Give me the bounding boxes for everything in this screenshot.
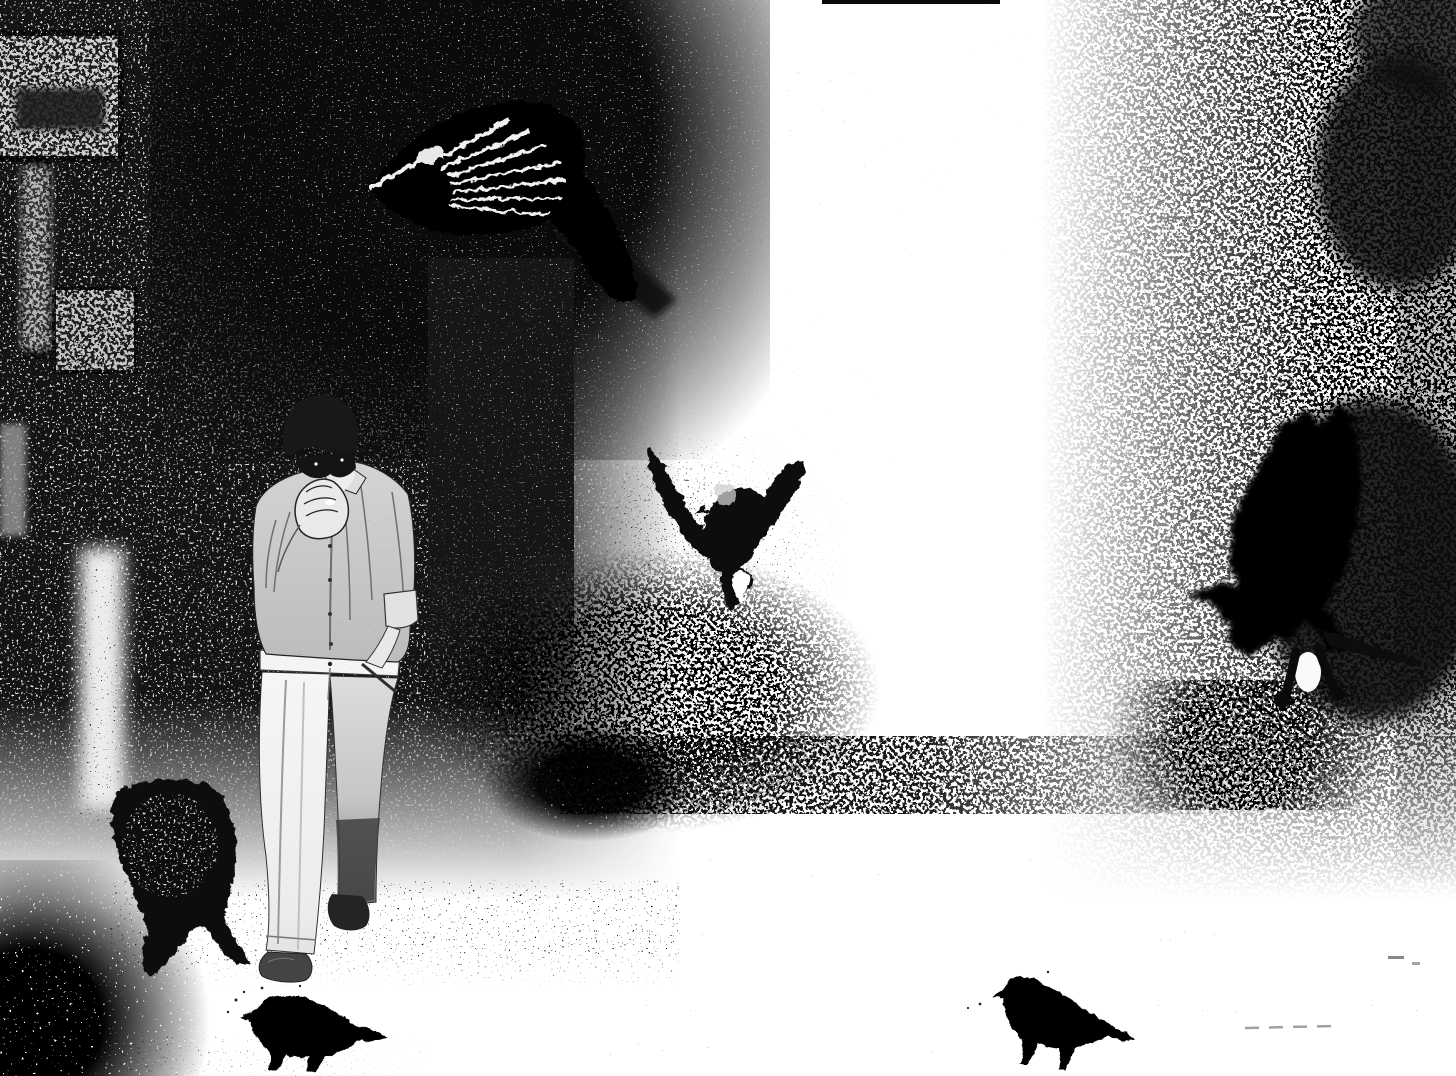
takeoff-bird-foot-right xyxy=(1331,687,1345,701)
film-scratch-line xyxy=(822,0,1000,4)
building-lower-grain xyxy=(56,290,134,370)
rear-leg-shadow xyxy=(336,818,380,904)
knuckle-highlight xyxy=(325,499,335,505)
pavement-row-3 xyxy=(330,1002,1456,1016)
flapping-pigeon xyxy=(565,432,804,617)
pavement-mark-1 xyxy=(1388,956,1404,959)
raised-hand xyxy=(295,479,348,539)
manga-panel: Black-and-white screentone manga street … xyxy=(0,0,1456,1076)
pigeon-head-highlight xyxy=(716,482,736,506)
bottom-left-band xyxy=(0,1038,430,1076)
building-window-shadow xyxy=(16,88,104,130)
right-grain-foot xyxy=(1100,680,1390,810)
waist-button xyxy=(328,662,332,666)
sunglasses-glint-right xyxy=(340,458,343,461)
building-streak-grain xyxy=(22,166,50,350)
takeoff-bird-foot-left xyxy=(1274,692,1290,708)
pavement-mark-2 xyxy=(1412,962,1420,965)
scene-canvas: Black-and-white screentone manga street … xyxy=(0,0,1456,1076)
left-edge-highlight xyxy=(0,424,26,536)
rolled-sleeve-cuff xyxy=(384,590,418,628)
sunglasses-glint-left xyxy=(314,462,317,465)
dust-sparse-top xyxy=(690,5,1035,245)
rear-shoe xyxy=(328,894,370,931)
lamp-post-grain xyxy=(80,548,124,810)
right-grain-column xyxy=(1040,0,1456,900)
front-shoe xyxy=(259,952,312,982)
